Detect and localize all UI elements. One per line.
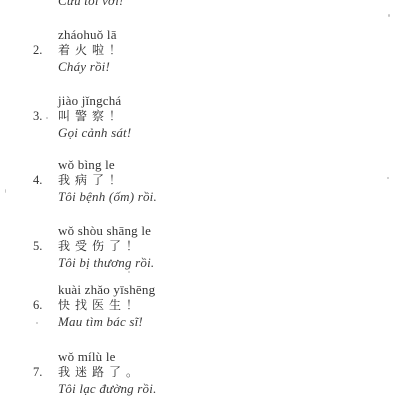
pinyin-line: wǒ shòu shāng le	[58, 223, 154, 238]
item-number: 4.	[33, 172, 58, 189]
vietnamese-line: Tôi bị thương rồi.	[58, 255, 154, 270]
scan-speck	[36, 322, 38, 324]
pinyin-line: zháohuǒ lā	[58, 27, 126, 42]
item-number: 7.	[33, 364, 58, 381]
clipped-vietnamese-line: Cứu tôi với!	[58, 0, 124, 8]
phrase-item-7: wǒ mílù le 7.我迷路了。 Tôi lạc đường rồi.	[33, 349, 157, 396]
item-number: 2.	[33, 42, 58, 59]
pinyin-line: wǒ mílù le	[58, 349, 157, 364]
item-number: 6.	[33, 297, 58, 314]
pinyin-line: wǒ bìng le	[58, 157, 157, 172]
phrase-item-4: wǒ bìng le 4.我病了！ Tôi bệnh (ốm) rồi.	[33, 157, 157, 204]
hanzi-line: 我受伤了！	[58, 239, 143, 253]
scan-speck	[387, 177, 389, 179]
pinyin-line: jiào jǐngchá	[58, 93, 131, 108]
hanzi-line: 叫警察！	[58, 109, 126, 123]
hanzi-line: 我迷路了。	[58, 365, 143, 379]
vietnamese-line: Tôi lạc đường rồi.	[58, 381, 157, 396]
scan-speck	[388, 14, 390, 17]
hanzi-line: 快找医生！	[58, 298, 143, 312]
hanzi-line: 我病了！	[58, 173, 126, 187]
hanzi-line: 着火啦！	[58, 43, 126, 57]
pinyin-line: kuài zhǎo yīshēng	[58, 282, 155, 297]
scan-speck	[5, 189, 6, 193]
scanned-document-page: Cứu tôi với! zháohuǒ lā 2.着火啦！ Cháy rồi!…	[0, 0, 400, 400]
item-number: 5.	[33, 238, 58, 255]
vietnamese-line: Gọi cảnh sát!	[58, 125, 131, 140]
vietnamese-line: Mau tìm bác sĩ!	[58, 314, 155, 329]
phrase-item-6: kuài zhǎo yīshēng 6.快找医生！ Mau tìm bác sĩ…	[33, 282, 155, 329]
scan-speck	[128, 271, 130, 273]
vietnamese-line: Tôi bệnh (ốm) rồi.	[58, 189, 157, 204]
phrase-item-2: zháohuǒ lā 2.着火啦！ Cháy rồi!	[33, 27, 126, 74]
scan-speck	[46, 117, 48, 119]
phrase-item-5: wǒ shòu shāng le 5.我受伤了！ Tôi bị thương r…	[33, 223, 154, 270]
vietnamese-line: Cháy rồi!	[58, 59, 126, 74]
